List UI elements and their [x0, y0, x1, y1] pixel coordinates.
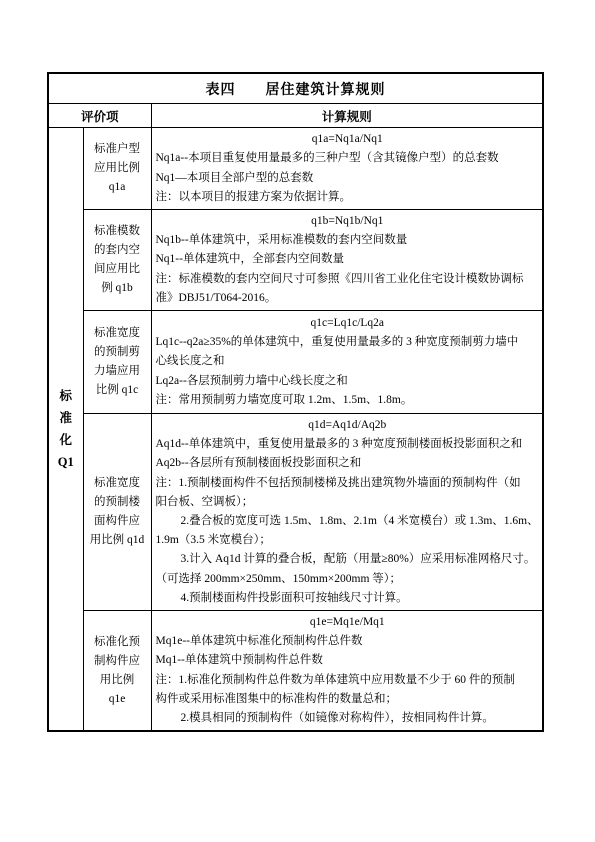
rule-text-line: 3.计入 Aq1d 计算的叠合板，配筋（用量≥80%）应采用标准网格尺寸。 [156, 550, 540, 569]
rule-text-line: Lq1c--q2a≥35%的单体建筑中，重复使用量最多的 3 种宽度预制剪力墙中 [156, 333, 540, 352]
formula-line: q1b=Nq1b/Nq1 [156, 212, 540, 231]
label-line: q1e [85, 690, 150, 709]
rule-text-line: Nq1—本项目全部户型的总套数 [156, 169, 540, 188]
rule-text-line: Aq1d--单体建筑中，重复使用量最多的 3 种宽度预制楼面板投影面积之和 [156, 435, 540, 454]
table-title: 表四 居住建筑计算规则 [48, 73, 543, 104]
label-line: 的套内空 [85, 241, 150, 260]
rule-text-line: Nq1--单体建筑中，全部套内空间数量 [156, 250, 540, 269]
rule-text-line: 注：以本项目的报建方案为依据计算。 [156, 188, 540, 207]
table-title-row: 表四 居住建筑计算规则 [48, 73, 543, 104]
label-line: 力墙应用 [85, 362, 150, 381]
document-page: 表四 居住建筑计算规则 评价项 计算规则 标准化Q1标准户型应用比例q1aq1a… [0, 0, 595, 842]
label-line: 标准宽度 [85, 474, 150, 493]
label-line: 面构件应 [85, 512, 150, 531]
rule-content-q1d: q1d=Aq1d/Aq2bAq1d--单体建筑中，重复使用量最多的 3 种宽度预… [151, 414, 543, 611]
formula-line: q1d=Aq1d/Aq2b [156, 416, 540, 435]
formula-line: q1a=Nq1a/Nq1 [156, 130, 540, 149]
category-label-q1: 标准化Q1 [48, 128, 83, 732]
row-q1d: 标准宽度的预制楼面构件应用比例 q1dq1d=Aq1d/Aq2bAq1d--单体… [48, 414, 543, 611]
rule-text-line: 4.预制楼面构件投影面积可按轴线尺寸计算。 [156, 589, 540, 608]
indicator-label-q1c: 标准宽度的预制剪力墙应用比例 q1c [83, 311, 151, 414]
label-line: 标准户型 [85, 140, 150, 159]
category-char: 化 [49, 429, 83, 451]
row-q1a: 标准化Q1标准户型应用比例q1aq1a=Nq1a/Nq1Nq1a--本项目重复使… [48, 128, 543, 210]
rule-text-line: 构件或采用标准图集中的标准构件的数量总和； [156, 690, 540, 709]
category-char: 标 [49, 385, 83, 407]
indicator-label-q1e: 标准化预制构件应用比例q1e [83, 611, 151, 732]
label-line: 标准化预 [85, 633, 150, 652]
indicator-label-q1a: 标准户型应用比例q1a [83, 128, 151, 210]
label-line: 的预制剪 [85, 343, 150, 362]
label-line: 的预制楼 [85, 493, 150, 512]
row-q1e: 标准化预制构件应用比例q1eq1e=Mq1e/Mq1Mq1e--单体建筑中标准化… [48, 611, 543, 732]
formula-line: q1e=Mq1e/Mq1 [156, 613, 540, 632]
category-char: Q1 [49, 451, 83, 473]
formula-line: q1c=Lq1c/Lq2a [156, 314, 540, 333]
rule-text-line: 准》DBJ51/T064-2016。 [156, 289, 540, 308]
label-line: 间应用比 [85, 260, 150, 279]
label-line: 标准模数 [85, 222, 150, 241]
rule-content-q1c: q1c=Lq1c/Lq2aLq1c--q2a≥35%的单体建筑中，重复使用量最多… [151, 311, 543, 414]
rule-text-line: 注：1.标准化预制构件总件数为单体建筑中应用数量不少于 60 件的预制 [156, 671, 540, 690]
rule-content-q1b: q1b=Nq1b/Nq1Nq1b--单体建筑中，采用标准模数的套内空间数量Nq1… [151, 210, 543, 311]
label-line: 用比例 [85, 671, 150, 690]
label-line: q1a [85, 178, 150, 197]
indicator-label-q1b: 标准模数的套内空间应用比例 q1b [83, 210, 151, 311]
rule-text-line: 心线长度之和 [156, 352, 540, 371]
calculation-rules-table: 表四 居住建筑计算规则 评价项 计算规则 标准化Q1标准户型应用比例q1aq1a… [47, 72, 544, 732]
rule-text-line: （可选择 200mm×250mm、150mm×200mm 等）； [156, 570, 540, 589]
rule-text-line: 注：1.预制楼面构件不包括预制楼梯及挑出建筑物外墙面的预制构件（如 [156, 474, 540, 493]
rule-text-line: 1.9m（3.5 米宽模台）； [156, 531, 540, 550]
rule-text-line: 2.模具相同的预制构件（如镜像对称构件），按相同构件计算。 [156, 709, 540, 728]
category-char: 准 [49, 407, 83, 429]
label-line: 标准宽度 [85, 324, 150, 343]
label-line: 比例 q1c [85, 381, 150, 400]
indicator-label-q1d: 标准宽度的预制楼面构件应用比例 q1d [83, 414, 151, 611]
label-line: 应用比例 [85, 159, 150, 178]
rule-text-line: 注：标准模数的套内空间尺寸可参照《四川省工业化住宅设计模数协调标 [156, 270, 540, 289]
rule-content-q1a: q1a=Nq1a/Nq1Nq1a--本项目重复使用量最多的三种户型（含其镜像户型… [151, 128, 543, 210]
rule-text-line: Lq2a--各层预制剪力墙中心线长度之和 [156, 372, 540, 391]
rule-text-line: 2.叠合板的宽度可选 1.5m、1.8m、2.1m（4 米宽模台）或 1.3m、… [156, 512, 540, 531]
label-line: 用比例 q1d [85, 531, 150, 550]
rule-text-line: Nq1b--单体建筑中，采用标准模数的套内空间数量 [156, 231, 540, 250]
rule-text-line: 阳台板、空调板）； [156, 493, 540, 512]
rule-text-line: Mq1e--单体建筑中标准化预制构件总件数 [156, 632, 540, 651]
table-header-row: 评价项 计算规则 [48, 104, 543, 128]
row-q1b: 标准模数的套内空间应用比例 q1bq1b=Nq1b/Nq1Nq1b--单体建筑中… [48, 210, 543, 311]
label-line: 例 q1b [85, 279, 150, 298]
rule-content-q1e: q1e=Mq1e/Mq1Mq1e--单体建筑中标准化预制构件总件数Mq1--单体… [151, 611, 543, 732]
rule-text-line: 注：常用预制剪力墙宽度可取 1.2m、1.5m、1.8m。 [156, 391, 540, 410]
label-line: 制构件应 [85, 652, 150, 671]
rule-text-line: Mq1--单体建筑中预制构件总件数 [156, 651, 540, 670]
rule-text-line: Aq2b--各层所有预制楼面板投影面积之和 [156, 454, 540, 473]
rule-text-line: Nq1a--本项目重复使用量最多的三种户型（含其镜像户型）的总套数 [156, 149, 540, 168]
row-q1c: 标准宽度的预制剪力墙应用比例 q1cq1c=Lq1c/Lq2aLq1c--q2a… [48, 311, 543, 414]
col-header-calc-rule: 计算规则 [151, 104, 543, 128]
col-header-eval-item: 评价项 [48, 104, 151, 128]
